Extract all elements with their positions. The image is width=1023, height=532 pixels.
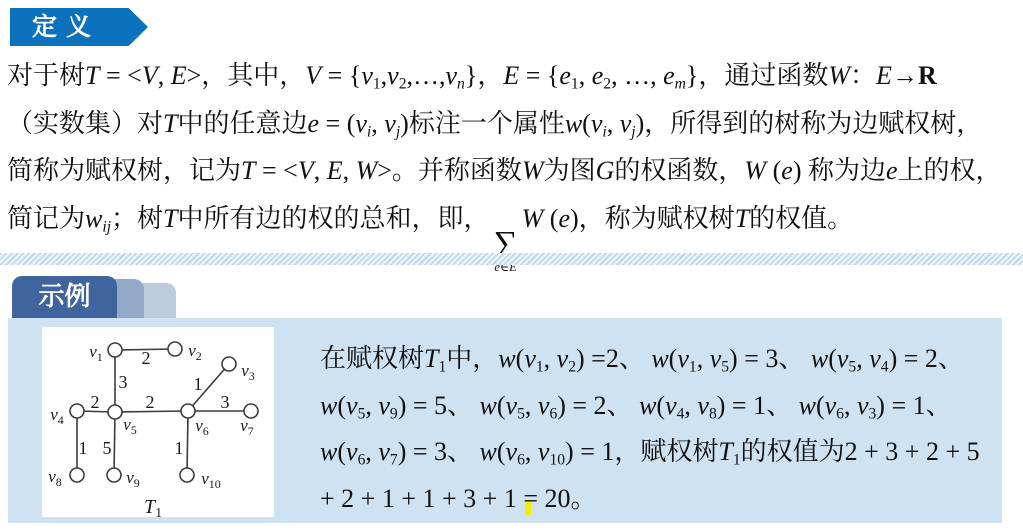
math-var: v bbox=[665, 391, 677, 420]
definition-line: 对于树T = <V, E>，其中，V = {v1,v2,…,vn}，E = {e… bbox=[7, 52, 1021, 100]
math-sub: m bbox=[675, 76, 686, 93]
text-run: }，通过函数 bbox=[686, 61, 828, 90]
text-run: , bbox=[544, 344, 557, 373]
math-var: W bbox=[522, 204, 544, 233]
edge-weight-label: 1 bbox=[175, 438, 184, 458]
text-run: )，称为赋权树 bbox=[570, 204, 735, 233]
edge-weight-label: 1 bbox=[79, 438, 88, 458]
math-var: v bbox=[538, 391, 550, 420]
math-var: v bbox=[857, 391, 869, 420]
math-var: v bbox=[506, 437, 518, 466]
math-var: E bbox=[327, 156, 343, 185]
math-var: v bbox=[506, 391, 518, 420]
edge-weight-label: 5 bbox=[103, 438, 112, 458]
section-divider bbox=[0, 253, 1023, 265]
text-run: , bbox=[158, 61, 171, 90]
math-var: w bbox=[799, 391, 816, 420]
text-run: ) = 5、 bbox=[398, 391, 480, 420]
text-run: >。并称函数 bbox=[377, 156, 522, 185]
math-var: v bbox=[378, 437, 390, 466]
text-run: , bbox=[314, 156, 327, 185]
math-var: v bbox=[837, 344, 849, 373]
math-var: v bbox=[538, 437, 550, 466]
definition-line: 简记为wij；树T中所有边的权的总和，即，∑e∈EW (e)，称为赋权树T的权值… bbox=[7, 195, 1021, 243]
text-run: ( bbox=[766, 156, 781, 185]
math-sub: 5 bbox=[721, 359, 729, 376]
text-run: （实数集）对 bbox=[7, 109, 163, 138]
math-var: v bbox=[710, 344, 722, 373]
math-var: e bbox=[781, 156, 793, 185]
text-run: + 2 + 1 + 1 + 3 + 1 = 20。 bbox=[320, 484, 596, 513]
graph-edge bbox=[187, 411, 188, 475]
example-text: 在赋权树T1中，w(v1, v2) =2、 w(v1, v5) = 3、 w(v… bbox=[320, 336, 1020, 522]
text-run: ( bbox=[582, 109, 591, 138]
edge-weight-label: 1 bbox=[194, 374, 203, 394]
math-sub: 1 bbox=[733, 452, 741, 469]
graph-node bbox=[222, 357, 236, 371]
math-var: T bbox=[241, 156, 255, 185]
math-sub: 8 bbox=[709, 405, 717, 422]
math-var: e bbox=[308, 109, 320, 138]
text-run: ) = 2、 bbox=[889, 344, 964, 373]
text-run: , bbox=[365, 391, 378, 420]
text-run: ) =2、 bbox=[576, 344, 651, 373]
text-run: 为图 bbox=[544, 156, 596, 185]
math-var: v bbox=[384, 109, 396, 138]
math-var: E bbox=[171, 61, 187, 90]
text-run: ( bbox=[816, 391, 825, 420]
text-run: ) = 1，赋权树 bbox=[565, 437, 718, 466]
text-run: ) = 1、 bbox=[717, 391, 799, 420]
math-var: w bbox=[811, 344, 828, 373]
definition-header-label: 定 义 bbox=[32, 13, 92, 41]
graph-node bbox=[181, 404, 195, 418]
math-var: T bbox=[718, 437, 732, 466]
text-run: 在赋权树 bbox=[320, 344, 424, 373]
text-run: ： bbox=[850, 61, 876, 90]
text-run: ( bbox=[337, 437, 346, 466]
node-label: v7 bbox=[240, 416, 254, 438]
math-var: v bbox=[591, 109, 603, 138]
math-var: T bbox=[85, 61, 99, 90]
example-line: + 2 + 1 + 1 + 3 + 1 = 20。 bbox=[320, 476, 1020, 523]
text-run: = { bbox=[519, 61, 559, 90]
math-sub: 6 bbox=[836, 405, 844, 422]
text-run: 的权值。 bbox=[749, 204, 853, 233]
example-header-tab: 示例 bbox=[12, 276, 117, 318]
text-run: ) = 1、 bbox=[876, 391, 951, 420]
slide: { "colors": { "banner_blue": "#0d72bd", … bbox=[0, 0, 1023, 532]
text-run: >，其中， bbox=[187, 61, 306, 90]
math-sub: 1 bbox=[571, 76, 579, 93]
text-run: = ( bbox=[319, 109, 355, 138]
math-var: T bbox=[163, 204, 177, 233]
text-run: ) = 2、 bbox=[557, 391, 639, 420]
node-label: v2 bbox=[188, 341, 202, 363]
text-run: ) = 3、 bbox=[729, 344, 811, 373]
text-run: , …, bbox=[611, 61, 663, 90]
math-sub: 2 bbox=[399, 76, 407, 93]
text-run: ,…, bbox=[407, 61, 446, 90]
math-var: v bbox=[620, 109, 632, 138]
node-label: v10 bbox=[201, 469, 221, 491]
text-run: ( bbox=[516, 344, 525, 373]
math-sub: 2 bbox=[603, 76, 611, 93]
math-var: e bbox=[592, 61, 604, 90]
graph-node bbox=[107, 468, 121, 482]
text-cursor-highlight bbox=[525, 502, 531, 515]
math-var: w bbox=[565, 109, 582, 138]
text-run: = { bbox=[321, 61, 361, 90]
example-line: 在赋权树T1中，w(v1, v2) =2、 w(v1, v5) = 3、 w(v… bbox=[320, 336, 1020, 383]
math-var: E bbox=[503, 61, 519, 90]
math-var: w bbox=[480, 437, 497, 466]
diagram-caption: T1 bbox=[144, 496, 162, 517]
text-run: 简记为 bbox=[7, 204, 85, 233]
definition-line: （实数集）对T中的任意边e = (vi, vj)标注一个属性w(vi, vj)，… bbox=[7, 100, 1021, 148]
math-sub: n bbox=[457, 76, 465, 93]
text-run: ) = 3、 bbox=[398, 437, 480, 466]
text-run: ( bbox=[828, 344, 837, 373]
graph-node bbox=[180, 468, 194, 482]
math-var: G bbox=[596, 156, 615, 185]
math-var: w bbox=[480, 391, 497, 420]
text-run: 的权值为2 + 3 + 2 + 5 bbox=[741, 437, 980, 466]
math-sub: 1 bbox=[689, 359, 697, 376]
text-run: }， bbox=[465, 61, 503, 90]
math-var: v bbox=[697, 391, 709, 420]
math-var: W bbox=[828, 61, 850, 90]
text-run: , bbox=[844, 391, 857, 420]
math-var: T bbox=[735, 204, 749, 233]
math-var: v bbox=[557, 344, 569, 373]
math-sub: 4 bbox=[881, 359, 889, 376]
node-label: v5 bbox=[123, 415, 137, 437]
math-sub: ij bbox=[102, 218, 111, 235]
math-var: e bbox=[886, 156, 898, 185]
text-run: , bbox=[365, 437, 378, 466]
text-run: = < bbox=[99, 61, 141, 90]
definition-header-banner: 定 义 bbox=[10, 8, 148, 46]
math-sub: 1 bbox=[373, 76, 381, 93]
tree-diagram-svg: 232213151v1v2v3v4v5v6v7v8v9v10T1 bbox=[42, 327, 274, 517]
math-var: v bbox=[446, 61, 458, 90]
text-run: 简称为赋权树，记为 bbox=[7, 156, 241, 185]
node-label: v6 bbox=[195, 416, 209, 438]
math-var: v bbox=[524, 344, 536, 373]
text-run: ；树 bbox=[111, 204, 163, 233]
text-run: 的权函数， bbox=[614, 156, 744, 185]
text-run: 中所有边的权的总和，即， bbox=[178, 204, 490, 233]
example-line: w(v6, v7) = 3、 w(v6, v10) = 1，赋权树T1的权值为2… bbox=[320, 429, 1020, 476]
math-var: v bbox=[346, 437, 358, 466]
example-line: w(v5, v9) = 5、 w(v5, v6) = 2、 w(v4, v8) … bbox=[320, 383, 1020, 430]
node-label: v1 bbox=[89, 342, 103, 364]
text-run: ) 称为边 bbox=[793, 156, 886, 185]
edge-weight-label: 3 bbox=[119, 372, 128, 392]
text-run: = < bbox=[255, 156, 297, 185]
graph-edge bbox=[114, 412, 115, 475]
math-var: W bbox=[744, 156, 766, 185]
text-run: → bbox=[892, 61, 918, 90]
text-run: 对于树 bbox=[7, 61, 85, 90]
summation-symbol: ∑e∈E bbox=[494, 228, 518, 274]
graph-node bbox=[70, 404, 84, 418]
text-run: 中， bbox=[446, 344, 498, 373]
edge-weight-label: 3 bbox=[221, 392, 230, 412]
math-var: w bbox=[320, 437, 337, 466]
text-run: ( bbox=[543, 204, 558, 233]
math-var: e bbox=[558, 204, 570, 233]
definition-text: 对于树T = <V, E>，其中，V = {v1,v2,…,vn}，E = {e… bbox=[7, 52, 1021, 242]
math-sub: 6 bbox=[517, 452, 525, 469]
math-var: T bbox=[424, 344, 438, 373]
math-var: e bbox=[663, 61, 675, 90]
example-header-label: 示例 bbox=[38, 281, 90, 311]
math-var: v bbox=[869, 344, 881, 373]
math-var: V bbox=[298, 156, 314, 185]
graph-node bbox=[70, 468, 84, 482]
edge-weight-label: 2 bbox=[146, 392, 155, 412]
math-var: w bbox=[651, 344, 668, 373]
graph-node bbox=[108, 405, 122, 419]
text-run: , bbox=[697, 344, 710, 373]
math-var: E bbox=[876, 61, 892, 90]
text-run: ( bbox=[656, 391, 665, 420]
edge-weight-label: 2 bbox=[91, 392, 100, 412]
math-var: W bbox=[356, 156, 378, 185]
text-run: R bbox=[918, 61, 937, 90]
text-run: , bbox=[525, 437, 538, 466]
math-var: w bbox=[85, 204, 102, 233]
math-var: v bbox=[387, 61, 399, 90]
text-run: , bbox=[607, 109, 620, 138]
node-label: v8 bbox=[48, 467, 62, 489]
node-label: v3 bbox=[241, 361, 255, 383]
graph-node bbox=[108, 343, 122, 357]
math-var: v bbox=[378, 391, 390, 420]
text-run: )，所得到的树称为边赋权树， bbox=[636, 109, 983, 138]
math-var: e bbox=[559, 61, 571, 90]
math-sub: 1 bbox=[536, 359, 544, 376]
math-var: v bbox=[677, 344, 689, 373]
math-var: v bbox=[355, 109, 367, 138]
graph-node bbox=[168, 342, 182, 356]
math-var: T bbox=[163, 109, 177, 138]
math-var: w bbox=[320, 391, 337, 420]
text-run: ( bbox=[497, 437, 506, 466]
text-run: , bbox=[579, 61, 592, 90]
node-label: v9 bbox=[126, 468, 140, 490]
text-run: )标注一个属性 bbox=[400, 109, 565, 138]
math-sub: 9 bbox=[390, 405, 398, 422]
math-var: W bbox=[522, 156, 544, 185]
edge-weight-label: 2 bbox=[142, 348, 151, 368]
math-sub: 5 bbox=[517, 405, 525, 422]
text-run: , bbox=[856, 344, 869, 373]
math-sub: 2 bbox=[568, 359, 576, 376]
math-var: v bbox=[361, 61, 373, 90]
math-var: v bbox=[825, 391, 837, 420]
text-run: , bbox=[371, 109, 384, 138]
text-run: ( bbox=[497, 391, 506, 420]
text-run: 中的任意边 bbox=[177, 109, 307, 138]
text-run: , bbox=[684, 391, 697, 420]
text-run: ( bbox=[337, 391, 346, 420]
math-var: V bbox=[142, 61, 158, 90]
math-sub: 7 bbox=[390, 452, 398, 469]
text-run: , bbox=[525, 391, 538, 420]
math-sub: 10 bbox=[549, 452, 565, 469]
text-run: 上的权， bbox=[898, 156, 1002, 185]
text-run: , bbox=[343, 156, 356, 185]
definition-line: 简称为赋权树，记为T = <V, E, W>。并称函数W为图G的权函数，W (e… bbox=[7, 147, 1021, 195]
math-var: V bbox=[305, 61, 321, 90]
math-var: w bbox=[639, 391, 656, 420]
node-label: v4 bbox=[50, 405, 64, 427]
math-var: w bbox=[498, 344, 515, 373]
tree-diagram-box: 232213151v1v2v3v4v5v6v7v8v9v10T1 bbox=[42, 327, 274, 517]
math-var: v bbox=[346, 391, 358, 420]
